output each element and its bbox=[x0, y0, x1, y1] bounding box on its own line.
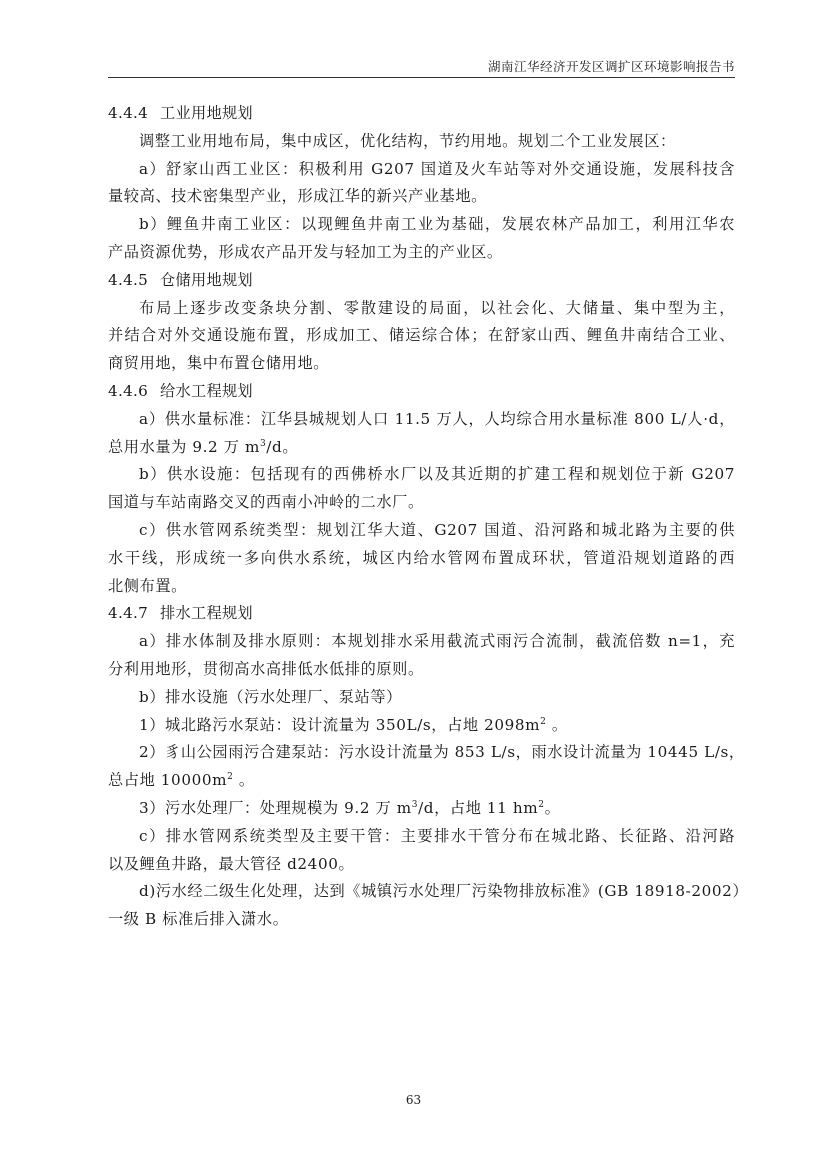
section-heading-4-4-7: 4.4.7排水工程规划 bbox=[108, 600, 735, 628]
section-number: 4.4.6 bbox=[108, 378, 160, 406]
section-number: 4.4.4 bbox=[108, 100, 160, 128]
paragraph-line: a）供水量标准：江华县城规划人口 11.5 万人，人均综合用水量标准 800 L… bbox=[108, 406, 735, 434]
paragraph-line: 量较高、技术密集型产业，形成江华的新兴产业基地。 bbox=[108, 183, 735, 211]
paragraph-line: 2）豸山公园雨污合建泵站：污水设计流量为 853 L/s，雨水设计流量为 104… bbox=[108, 739, 735, 767]
paragraph-line: 国道与车站南路交叉的西南小冲岭的二水厂。 bbox=[108, 489, 735, 517]
section-title: 仓储用地规划 bbox=[160, 271, 253, 289]
paragraph-line: 分利用地形，贯彻高水高排低水低排的原则。 bbox=[108, 656, 735, 684]
text-run: 总用水量为 9.2 万 m bbox=[108, 438, 260, 456]
section-title: 给水工程规划 bbox=[160, 382, 253, 400]
paragraph-line: b）排水设施（污水处理厂、泵站等） bbox=[108, 684, 735, 712]
section-title: 排水工程规划 bbox=[160, 604, 253, 622]
paragraph-line: a）排水体制及排水原则：本规划排水采用截流式雨污合流制，截流倍数 n=1，充 bbox=[108, 628, 735, 656]
text-run: 。 bbox=[233, 771, 254, 789]
paragraph-line: 总占地 10000m2 。 bbox=[108, 767, 735, 795]
paragraph-line: 商贸用地，集中布置仓储用地。 bbox=[108, 350, 735, 378]
page-body: 4.4.4工业用地规划 调整工业用地布局，集中成区，优化结构，节约用地。规划二个… bbox=[108, 100, 735, 934]
paragraph-line: 产品资源优势，形成农产品开发与轻加工为主的产业区。 bbox=[108, 239, 735, 267]
paragraph-line: 水干线，形成统一多向供水系统，城区内给水管网布置成环状，管道沿规划道路的西 bbox=[108, 545, 735, 573]
text-run: /d。 bbox=[266, 438, 298, 456]
header-title: 湖南江华经济开发区调扩区环境影响报告书 bbox=[488, 59, 735, 74]
paragraph-line: d)污水经二级生化处理，达到《城镇污水处理厂污染物排放标准》(GB 18918-… bbox=[108, 878, 735, 906]
paragraph-line: 总用水量为 9.2 万 m3/d。 bbox=[108, 434, 735, 462]
paragraph-line: 并结合对外交通设施布置，形成加工、储运综合体；在舒家山西、鲤鱼井南结合工业、 bbox=[108, 322, 735, 350]
paragraph-line: 一级 B 标准后排入潇水。 bbox=[108, 906, 735, 934]
section-number: 4.4.5 bbox=[108, 267, 160, 295]
section-heading-4-4-5: 4.4.5仓储用地规划 bbox=[108, 267, 735, 295]
paragraph-line: c）供水管网系统类型：规划江华大道、G207 国道、沿河路和城北路为主要的供 bbox=[108, 517, 735, 545]
paragraph-line: 北侧布置。 bbox=[108, 573, 735, 601]
paragraph-line: c）排水管网系统类型及主要干管：主要排水干管分布在城北路、长征路、沿河路 bbox=[108, 823, 735, 851]
text-run: 。 bbox=[546, 716, 567, 734]
section-number: 4.4.7 bbox=[108, 600, 160, 628]
paragraph-line: a）舒家山西工业区：积极利用 G207 国道及火车站等对外交通设施，发展科技含 bbox=[108, 156, 735, 184]
running-header: 湖南江华经济开发区调扩区环境影响报告书 bbox=[108, 58, 735, 78]
paragraph-line: b）鲤鱼井南工业区：以现鲤鱼井南工业为基础，发展农林产品加工，利用江华农 bbox=[108, 211, 735, 239]
text-run: 1）城北路污水泵站：设计流量为 350L/s，占地 2098m bbox=[139, 716, 540, 734]
section-heading-4-4-4: 4.4.4工业用地规划 bbox=[108, 100, 735, 128]
section-heading-4-4-6: 4.4.6给水工程规划 bbox=[108, 378, 735, 406]
text-run: 3）污水处理厂：处理规模为 9.2 万 m bbox=[139, 799, 412, 817]
paragraph-line: b）供水设施：包括现有的西佛桥水厂以及其近期的扩建工程和规划位于新 G207 bbox=[108, 461, 735, 489]
text-run: 。 bbox=[545, 799, 561, 817]
section-title: 工业用地规划 bbox=[160, 104, 253, 122]
paragraph-line: 1）城北路污水泵站：设计流量为 350L/s，占地 2098m2 。 bbox=[108, 712, 735, 740]
paragraph-line: 调整工业用地布局，集中成区，优化结构，节约用地。规划二个工业发展区： bbox=[108, 128, 735, 156]
paragraph-line: 3）污水处理厂：处理规模为 9.2 万 m3/d，占地 11 hm2。 bbox=[108, 795, 735, 823]
paragraph-line: 以及鲤鱼井路，最大管径 d2400。 bbox=[108, 851, 735, 879]
text-run: /d，占地 11 hm bbox=[418, 799, 538, 817]
text-run: 总占地 10000m bbox=[108, 771, 227, 789]
paragraph-line: 布局上逐步改变条块分割、零散建设的局面，以社会化、大储量、集中型为主， bbox=[108, 295, 735, 323]
page-number: 63 bbox=[0, 1093, 827, 1107]
